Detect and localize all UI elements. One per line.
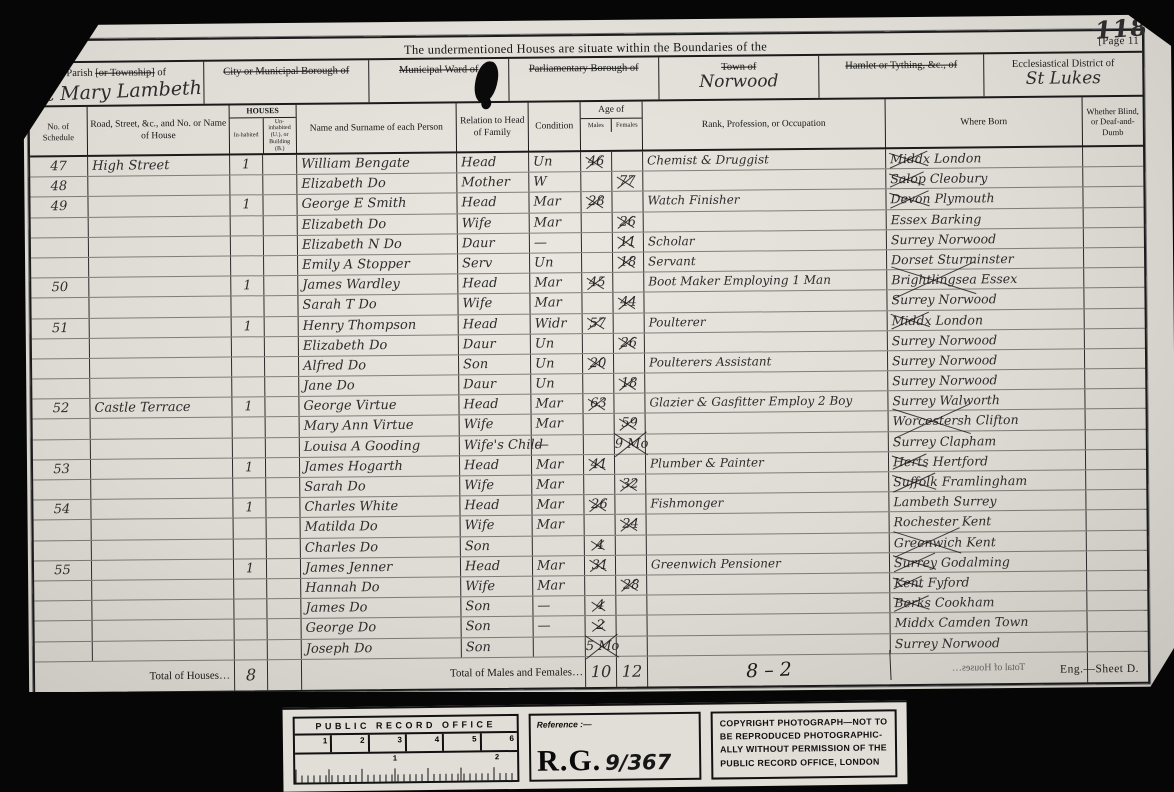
cell-inhabited [232, 377, 265, 397]
cell-uninhabited [264, 256, 298, 276]
cell-name: Joseph Do [302, 638, 462, 659]
cell-uninhabited [267, 579, 301, 599]
cell-uninhabited [264, 276, 298, 296]
cell-name: Elizabeth Do [299, 335, 459, 356]
cell-road [92, 519, 234, 540]
cell-inhabited: 1 [233, 458, 266, 478]
col-road: Road, Street, &c., and No. or Name of Ho… [88, 106, 230, 156]
cell-condition: — [530, 233, 582, 253]
cell-inhabited [234, 519, 267, 539]
cell-born: Rochester Kent [890, 511, 1087, 532]
header-town: Town of Norwood [659, 56, 819, 100]
cell-schedule: 51 [32, 318, 90, 338]
cell-inhabited [232, 357, 265, 377]
cell-age-female: 32 [615, 475, 646, 494]
cell-road [92, 579, 234, 600]
cell-born: Greenwich Kent [890, 531, 1087, 552]
cell-born: Middx Camden Town [890, 612, 1087, 633]
cell-relation: Wife's Child [460, 435, 532, 455]
cell-name: Jane Do [299, 375, 459, 396]
cell-schedule [34, 601, 92, 621]
cell-relation: Wife [460, 476, 532, 496]
cell-name: Sarah Do [300, 476, 460, 497]
cell-schedule [33, 419, 91, 439]
cell-born: Lambeth Surrey [889, 491, 1086, 512]
cell-schedule [34, 540, 92, 560]
cell-condition: Un [529, 152, 581, 172]
cell-schedule [32, 379, 90, 399]
cell-road [89, 277, 231, 298]
cell-uninhabited [266, 458, 300, 478]
cell-uninhabited [264, 215, 298, 235]
cell-born: Herts Hertford [889, 450, 1086, 471]
cell-name: James Hogarth [300, 456, 460, 477]
cell-age-female: 28 [616, 575, 647, 594]
cell-road [91, 438, 233, 459]
cell-blind [1086, 450, 1146, 470]
col-condition: Condition [529, 102, 581, 152]
cell-schedule [31, 217, 89, 237]
cell-condition: Mar [529, 193, 581, 213]
cell-age-male [583, 334, 614, 353]
cell-blind [1085, 389, 1145, 409]
total-houses-label: Total of Houses… [35, 660, 235, 692]
header-municipal-borough: City or Municipal Borough of [204, 60, 369, 104]
cell-born: Surrey Godalming [890, 551, 1087, 572]
cell-schedule [33, 440, 91, 460]
ruler-fine-ticks: 1 2 [295, 752, 517, 783]
cell-condition: — [533, 596, 585, 616]
cell-name: George Do [302, 618, 462, 639]
cell-blind [1084, 228, 1144, 248]
cell-blind [1086, 490, 1146, 510]
cell-inhabited [234, 579, 267, 599]
cell-age-female [616, 555, 647, 574]
cell-condition: Mar [530, 293, 582, 313]
cell-age-female [615, 454, 646, 473]
public-record-office-stamp: PUBLIC RECORD OFFICE 1 2 3 4 5 6 1 2 Ref… [283, 700, 908, 792]
reference-number: 9/367 [605, 750, 671, 775]
header-parliamentary-borough: Parliamentary Borough of [509, 57, 659, 100]
cell-condition: Un [530, 253, 582, 273]
cell-relation: Head [460, 496, 532, 516]
col-blind: Whether Blind, or Deaf-and-Dumb [1083, 97, 1143, 147]
cell-age-female [616, 535, 647, 554]
cell-born: Middx London [886, 147, 1083, 168]
cell-uninhabited [268, 639, 302, 659]
cell-relation: Head [461, 556, 533, 576]
cell-born: Berks Cookham [890, 591, 1087, 612]
cell-uninhabited [263, 195, 297, 215]
cell-age-male [585, 576, 616, 595]
cell-inhabited [234, 599, 267, 619]
cell-age-female: 77 [612, 172, 643, 191]
cell-inhabited [233, 478, 266, 498]
cell-age-male: 46 [581, 152, 612, 171]
cell-schedule [33, 480, 91, 500]
cell-born: Surrey Norwood [888, 349, 1085, 370]
cell-road [93, 620, 235, 641]
cell-schedule [32, 339, 90, 359]
cell-uninhabited [266, 438, 300, 458]
cell-blind [1086, 429, 1146, 449]
census-table: The undermentioned Houses are situate wi… [27, 29, 1150, 694]
cell-relation: Wife [461, 577, 533, 597]
cell-occupation: Scholar [644, 230, 887, 252]
cell-occupation [645, 331, 888, 353]
totals-handwritten-note: 8 – 2 [647, 650, 891, 691]
cell-name: Elizabeth Do [297, 174, 457, 195]
cell-road: High Street [88, 156, 230, 177]
cell-age-male: 57 [583, 313, 614, 332]
cell-condition: Mar [533, 576, 585, 596]
cell-uninhabited [265, 397, 299, 417]
total-houses-value: 8 [235, 660, 268, 690]
cell-name: George Virtue [299, 396, 459, 417]
totals-spacer [268, 660, 302, 690]
cell-road [90, 337, 232, 358]
cell-uninhabited [266, 417, 300, 437]
col-inhabited: In-habited [230, 118, 264, 155]
cell-condition: Un [531, 374, 583, 394]
cell-uninhabited [267, 599, 301, 619]
cell-condition: Mar [532, 415, 584, 435]
cell-name: Hannah Do [301, 577, 461, 598]
cell-name: Sarah T Do [298, 295, 458, 316]
cell-condition: Un [531, 354, 583, 374]
cell-name: Mary Ann Virtue [300, 416, 460, 437]
cell-born: Salop Cleobury [886, 168, 1083, 189]
cell-inhabited: 1 [230, 155, 263, 175]
col-females: Females [612, 119, 642, 132]
form-title: The undermentioned Houses are situate wi… [404, 39, 767, 56]
cell-age-female [612, 152, 643, 171]
cell-relation: Head [460, 455, 532, 475]
reference-value: R.G. 9/367 [537, 743, 672, 779]
cell-relation: Son [459, 355, 531, 375]
reference-label: Reference :— [537, 718, 693, 730]
cell-age-female: 59 [615, 414, 646, 433]
cell-relation: Wife [460, 415, 532, 435]
cell-inhabited [234, 539, 267, 559]
cell-condition: Mar [532, 475, 584, 495]
cell-age-female: 9 Mo [615, 434, 646, 453]
cell-inhabited: 1 [232, 317, 265, 337]
cell-age-female [616, 596, 647, 615]
cell-blind [1088, 631, 1148, 651]
cell-blind [1084, 288, 1144, 308]
cell-condition [533, 536, 585, 556]
sheet-note: Eng.—Sheet D. [959, 663, 1139, 677]
cell-uninhabited [265, 377, 299, 397]
cell-condition: — [532, 435, 584, 455]
cell-name: Alfred Do [299, 355, 459, 376]
cell-relation: Daur [459, 375, 531, 395]
cell-schedule: 48 [30, 177, 88, 197]
cell-born: Surrey Walworth [888, 390, 1085, 411]
cell-road: Castle Terrace [90, 398, 232, 419]
cell-relation: Head [459, 314, 531, 334]
cell-born: Surrey Norwood [887, 289, 1084, 310]
cell-age-female [614, 313, 645, 332]
cell-road [89, 216, 231, 237]
cell-born: Worcestersh Clifton [889, 410, 1086, 431]
cell-schedule: 49 [30, 197, 88, 217]
cell-relation: Head [459, 395, 531, 415]
cell-condition: Widr [531, 314, 583, 334]
cell-inhabited: 1 [231, 276, 264, 296]
cell-occupation: Plumber & Painter [646, 452, 889, 474]
cell-inhabited [235, 620, 268, 640]
cell-name: Matilda Do [301, 517, 461, 538]
cell-schedule [31, 238, 89, 258]
reference-box: Reference :— R.G. 9/367 [529, 712, 702, 782]
cell-road [90, 378, 232, 399]
cell-age-male [582, 293, 613, 312]
cell-relation: Head [457, 193, 529, 213]
cell-occupation [644, 291, 887, 313]
cell-blind [1086, 470, 1146, 490]
cell-occupation [646, 412, 889, 434]
cell-inhabited [235, 640, 268, 660]
cell-inhabited [231, 216, 264, 236]
cell-schedule [35, 621, 93, 641]
cell-age-female: 24 [616, 515, 647, 534]
cell-blind [1085, 369, 1145, 389]
cell-born: Suffolk Framlingham [889, 470, 1086, 491]
cell-occupation [647, 513, 890, 535]
town-value: Norwood [659, 71, 818, 94]
cell-condition: — [534, 616, 586, 636]
cell-road [90, 357, 232, 378]
cell-blind [1083, 187, 1143, 207]
cell-occupation: Servant [644, 250, 887, 272]
cell-relation: Wife [458, 294, 530, 314]
cell-blind [1087, 611, 1147, 631]
cell-blind [1084, 248, 1144, 268]
cell-inhabited: 1 [230, 196, 263, 216]
cell-inhabited [233, 438, 266, 458]
cell-schedule [31, 298, 89, 318]
cell-occupation [647, 573, 890, 595]
cell-relation: Wife [461, 516, 533, 536]
cell-blind [1083, 167, 1143, 187]
cell-age-male: 5 Mo [586, 636, 617, 655]
cell-relation: Son [461, 597, 533, 617]
census-page: The undermentioned Houses are situate wi… [23, 15, 1174, 698]
cell-age-female [617, 636, 648, 655]
census-rows: 47 High Street 1 William Bengate Head Un… [30, 147, 1148, 662]
cell-schedule [34, 581, 92, 601]
cell-age-male: 45 [582, 273, 613, 292]
cell-born: Surrey Norwood [888, 329, 1085, 350]
cell-road [92, 539, 234, 560]
cell-relation: Wife [458, 213, 530, 233]
total-females: 12 [617, 656, 648, 686]
col-uninhabited: Un-inhabited (U.), or Building (B.) [263, 118, 296, 155]
cell-age-female [616, 616, 647, 635]
cell-age-male [582, 233, 613, 252]
cell-occupation: Fishmonger [646, 492, 889, 514]
cell-born: Dorset Sturminster [887, 248, 1084, 269]
cell-condition: Mar [530, 213, 582, 233]
cell-blind [1087, 510, 1147, 530]
cell-age-male: 28 [581, 192, 612, 211]
cell-age-male: 63 [583, 394, 614, 413]
cell-road [93, 640, 235, 661]
cell-inhabited: 1 [234, 559, 267, 579]
cell-relation: Daur [458, 233, 530, 253]
cell-schedule: 47 [30, 157, 88, 177]
census-scan: The undermentioned Houses are situate wi… [0, 0, 1174, 792]
cell-uninhabited [263, 155, 297, 175]
cell-born: Essex Barking [887, 208, 1084, 229]
cell-uninhabited [265, 316, 299, 336]
cell-age-male: 26 [584, 495, 615, 514]
cell-born: Surrey Norwood [887, 228, 1084, 249]
col-born: Where Born [886, 97, 1083, 148]
pro-ruler-box: PUBLIC RECORD OFFICE 1 2 3 4 5 6 1 2 [293, 714, 520, 785]
cell-schedule: 54 [33, 500, 91, 520]
cell-age-male [584, 434, 615, 453]
cell-relation: Son [462, 637, 534, 657]
cell-name: William Bengate [297, 153, 457, 174]
cell-age-male: 31 [585, 556, 616, 575]
cell-age-female: 26 [613, 212, 644, 231]
cell-schedule [35, 641, 93, 661]
cell-occupation: Poulterers Assistant [645, 351, 888, 373]
cell-uninhabited [266, 498, 300, 518]
cell-occupation: Poulterer [645, 311, 888, 333]
cell-blind [1084, 268, 1144, 288]
cell-condition: Mar [531, 394, 583, 414]
cell-born: Surrey Norwood [891, 632, 1088, 653]
cell-age-male [582, 253, 613, 272]
cell-road [91, 479, 233, 500]
total-males: 10 [586, 657, 617, 687]
cell-name: James Jenner [301, 557, 461, 578]
cell-relation: Son [461, 536, 533, 556]
cell-blind [1087, 571, 1147, 591]
cell-inhabited [231, 297, 264, 317]
cell-born: Kent Fyford [890, 571, 1087, 592]
cell-age-female [614, 394, 645, 413]
cell-name: Louisa A Gooding [300, 436, 460, 457]
cell-name: James Do [301, 597, 461, 618]
cell-occupation [645, 371, 888, 393]
cell-uninhabited [264, 296, 298, 316]
cell-inhabited: 1 [232, 397, 265, 417]
cell-age-male [583, 374, 614, 393]
cell-road [92, 559, 234, 580]
cell-road [88, 196, 230, 217]
cell-age-male [585, 515, 616, 534]
col-name: Name and Surname of each Person [297, 103, 457, 154]
cell-condition: Mar [532, 495, 584, 515]
cell-age-female: 18 [613, 253, 644, 272]
cell-schedule: 52 [32, 399, 90, 419]
cell-inhabited [231, 236, 264, 256]
col-age: Age of Males Females [581, 102, 643, 152]
cell-relation: Daur [459, 334, 531, 354]
cell-condition: W [529, 172, 581, 192]
cell-relation: Son [462, 617, 534, 637]
header-hamlet: Hamlet or Tything, &c., of [819, 54, 984, 98]
cell-schedule [32, 359, 90, 379]
cell-blind [1085, 328, 1145, 348]
cell-occupation: Watch Finisher [643, 190, 886, 212]
cell-blind [1085, 308, 1145, 328]
cell-road [91, 458, 233, 479]
cell-condition: Mar [530, 273, 582, 293]
cell-blind [1087, 551, 1147, 571]
cell-uninhabited [267, 559, 301, 579]
cell-schedule: 55 [34, 561, 92, 581]
cell-age-male [584, 475, 615, 494]
cell-road [88, 176, 230, 197]
col-occupation: Rank, Profession, or Occupation [643, 99, 886, 150]
cell-schedule [34, 520, 92, 540]
col-males: Males [581, 119, 612, 132]
cell-age-male [584, 414, 615, 433]
cell-condition: Mar [533, 516, 585, 536]
cell-inhabited: 1 [233, 498, 266, 518]
cell-schedule: 50 [31, 278, 89, 298]
cell-occupation: Greenwich Pensioner [647, 553, 890, 575]
cell-occupation [644, 210, 887, 232]
cell-age-female: 44 [613, 293, 644, 312]
cell-relation: Serv [458, 254, 530, 274]
cell-name: Charles Do [301, 537, 461, 558]
cell-road [91, 499, 233, 520]
cell-inhabited [232, 337, 265, 357]
cell-blind [1087, 591, 1147, 611]
cell-age-female [613, 273, 644, 292]
cell-born: Devon Plymouth [886, 188, 1083, 209]
cell-schedule [31, 258, 89, 278]
cell-uninhabited [263, 175, 297, 195]
cell-age-female: 18 [614, 374, 645, 393]
cell-uninhabited [265, 357, 299, 377]
cell-relation: Head [457, 153, 529, 173]
cell-occupation [643, 169, 886, 191]
cell-name: George E Smith [297, 194, 457, 215]
cell-blind [1087, 530, 1147, 550]
cell-inhabited [230, 175, 263, 195]
cell-age-male [582, 212, 613, 231]
cell-inhabited [231, 256, 264, 276]
col-relation: Relation to Head of Family [457, 103, 529, 153]
cell-age-male: 20 [583, 354, 614, 373]
cell-condition: Mar [532, 455, 584, 475]
cell-occupation [646, 432, 889, 454]
ecclesiastical-value: St Lukes [984, 68, 1142, 91]
cell-age-female: 11 [613, 232, 644, 251]
cell-age-female [614, 353, 645, 372]
cell-condition: Un [531, 334, 583, 354]
cell-age-male: 41 [584, 455, 615, 474]
cell-born: Surrey Clapham [889, 430, 1086, 451]
cell-blind [1085, 349, 1145, 369]
cell-inhabited [233, 418, 266, 438]
cell-condition [534, 637, 586, 657]
cell-road [89, 256, 231, 277]
cell-occupation: Chemist & Druggist [643, 149, 886, 171]
cell-name: Elizabeth Do [298, 214, 458, 235]
cell-age-male: 4 [585, 596, 616, 615]
cell-condition: Mar [533, 556, 585, 576]
cell-uninhabited [265, 337, 299, 357]
